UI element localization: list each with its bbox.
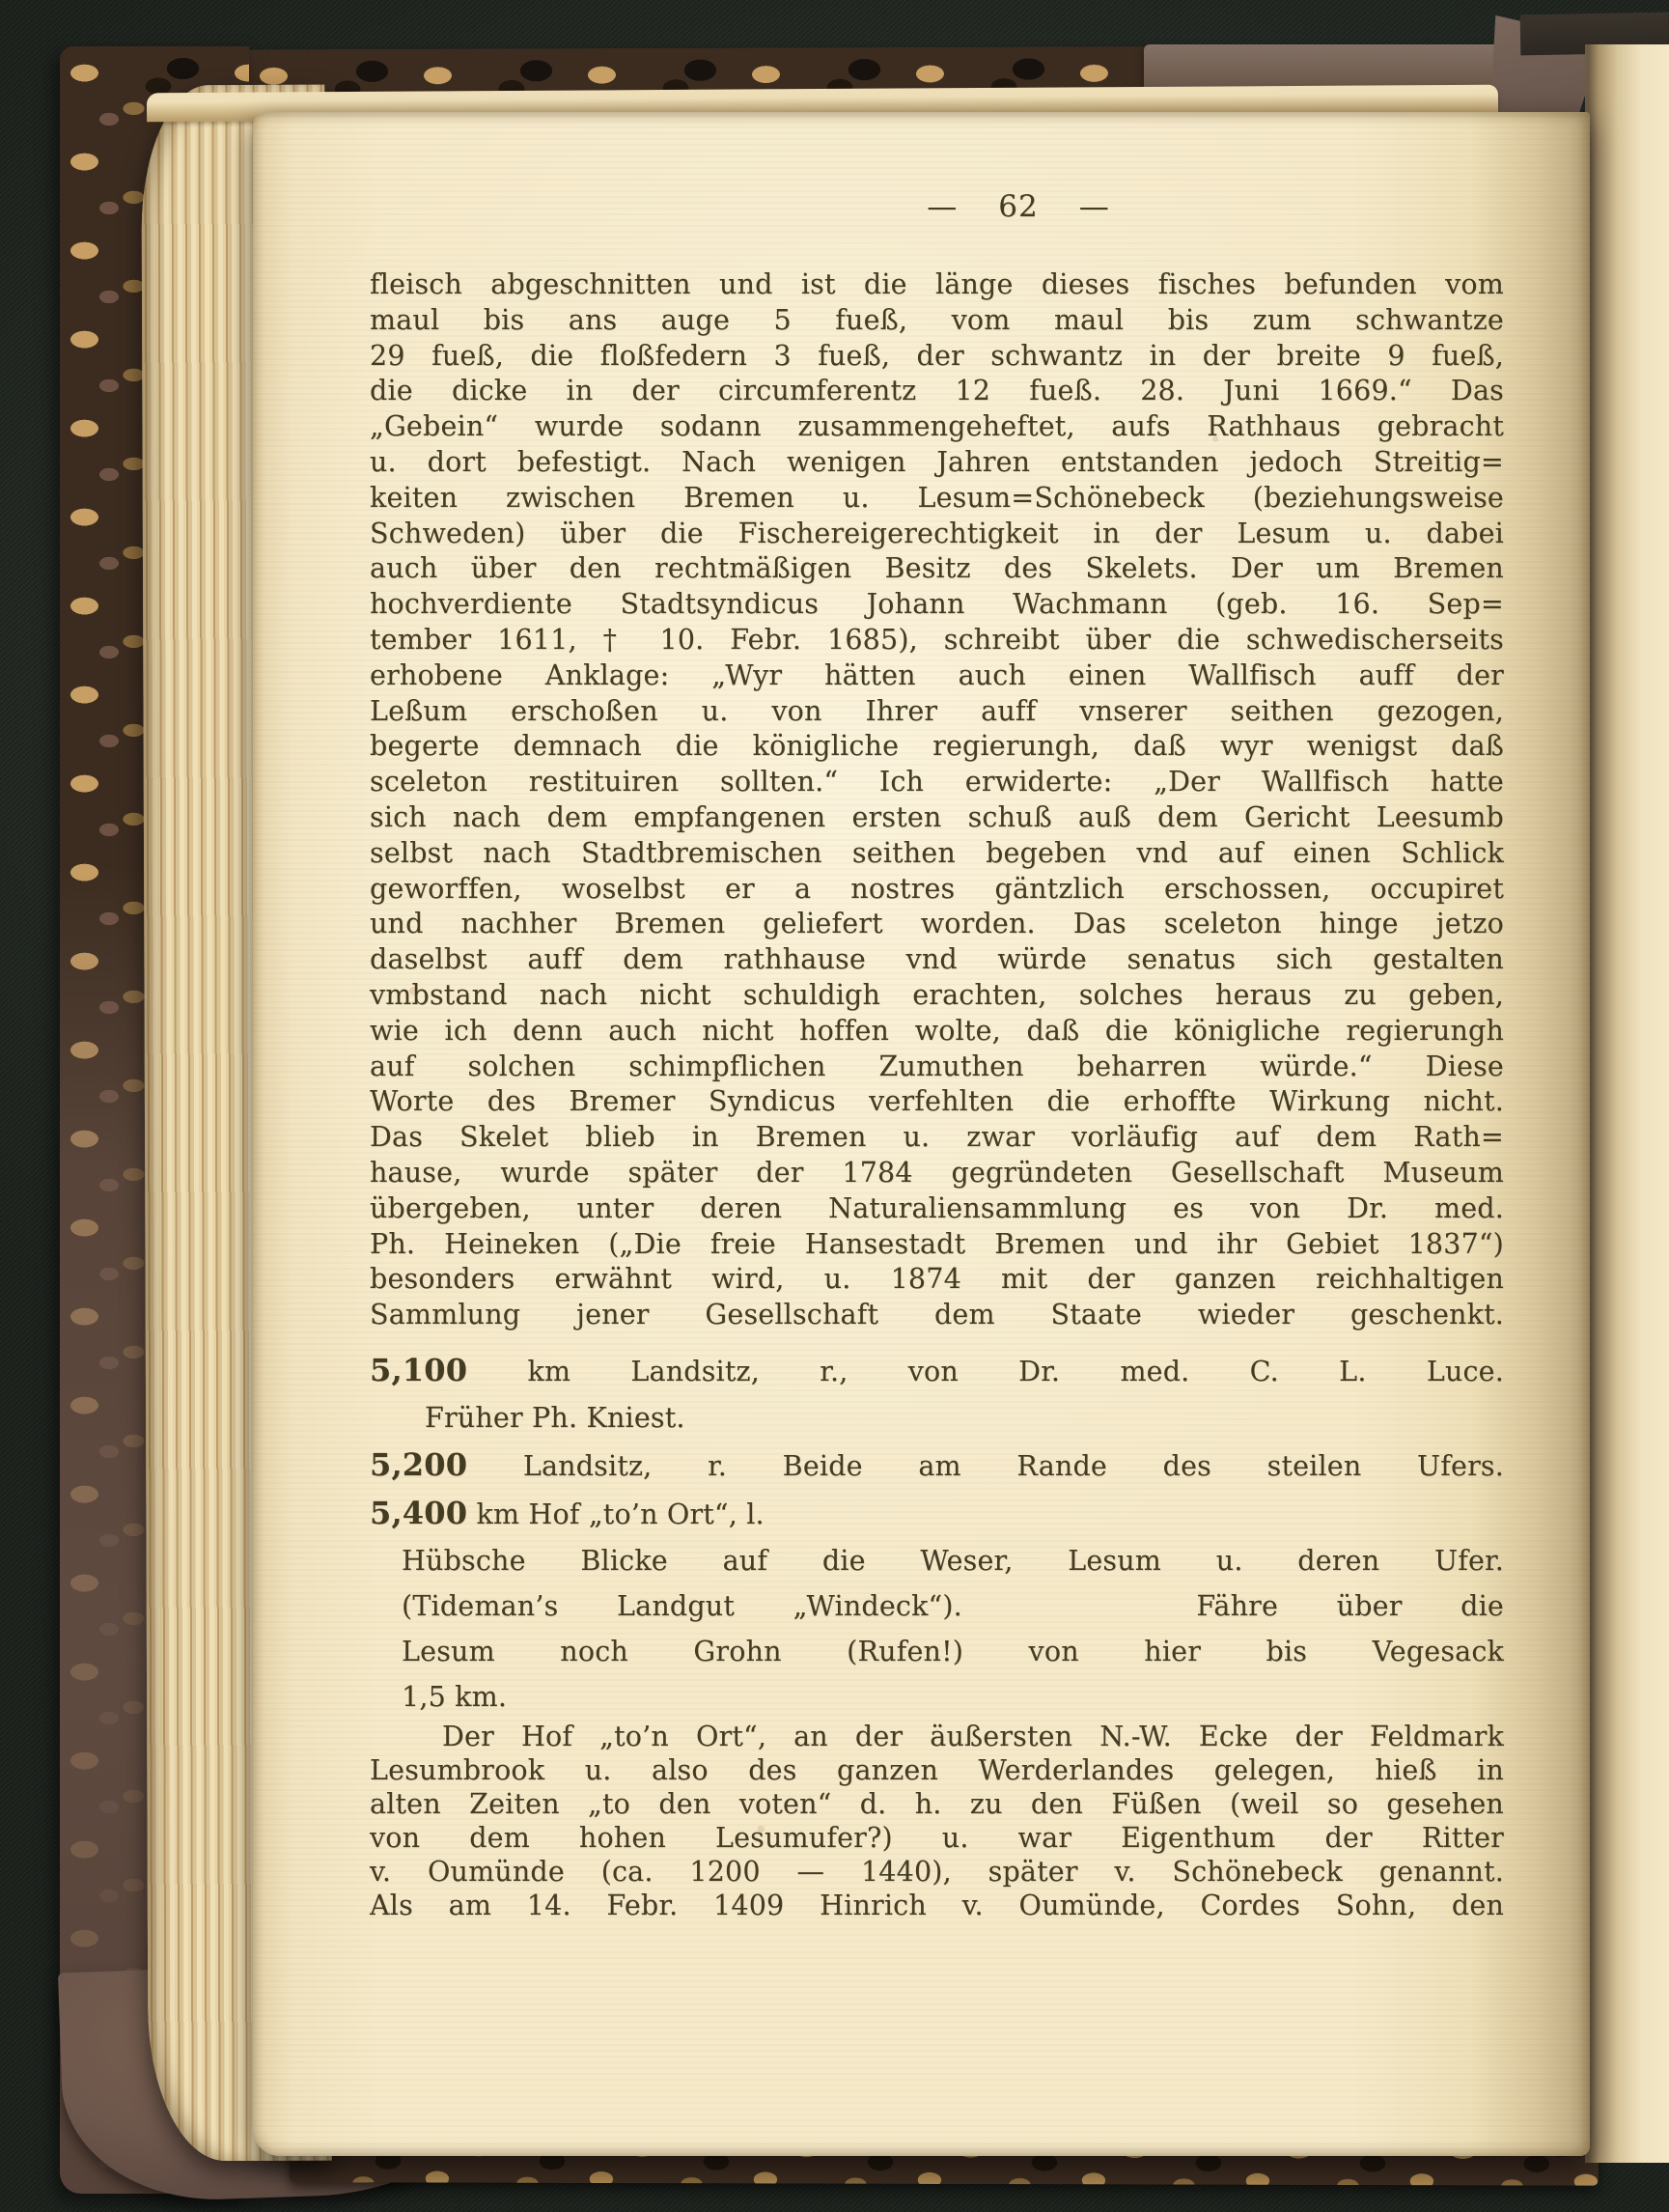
route-entry: 5,200 Landsitz, r. Beide am Rande des st…	[370, 1442, 1504, 1490]
route-entry-distance: 5,200	[370, 1446, 467, 1483]
text-line: alten Zeiten „to den voten“ d. h. zu den…	[370, 1787, 1504, 1821]
text-line: Worte des Bremer Syndicus verfehlten die…	[370, 1084, 1504, 1120]
text-line: besonders erwähnt wird, u. 1874 mit der …	[370, 1262, 1504, 1298]
text-line: Der Hof „to’n Ort“, an der äußersten N.-…	[370, 1720, 1504, 1753]
paragraph-whale-story: fleisch abgeschnitten und ist die länge …	[370, 267, 1504, 1333]
text-line: u. dort befestigt. Nach wenigen Jahren e…	[370, 445, 1504, 481]
scenic-note-block: Hübsche Blicke auf die Weser, Lesum u. d…	[370, 1538, 1504, 1720]
facing-page-sliver	[1585, 44, 1669, 2163]
route-entry-note: Früher Ph. Kniest.	[370, 1395, 1504, 1442]
text-line: auf solchen schimpflichen Zumuthen behar…	[370, 1050, 1504, 1085]
text-line: die dicke in der circumferentz 12 fueß. …	[370, 374, 1504, 409]
text-line: Sammlung jener Gesellschaft dem Staate w…	[370, 1298, 1504, 1333]
text-line: daselbst auff dem rathhause vnd würde se…	[370, 942, 1504, 978]
page-header-folio: — 62 —	[859, 189, 1178, 224]
route-entry-text: Landsitz, r. Beide am Rande des steilen …	[523, 1450, 1504, 1482]
text-line: Das Skelet blieb in Bremen u. zwar vorlä…	[370, 1120, 1504, 1156]
text-line: 29 fueß, die floßfedern 3 fueß, der schw…	[370, 339, 1504, 375]
text-line: und nachher Bremen geliefert worden. Das…	[370, 907, 1504, 942]
text-line: selbst nach Stadtbremischen seithen bege…	[370, 836, 1504, 872]
text-line: Schweden) über die Fischereigerechtigkei…	[370, 517, 1504, 552]
text-line: maul bis ans auge 5 fueß, vom maul bis z…	[370, 303, 1504, 339]
text-line: Leßum erschoßen u. von Ihrer auff vnsere…	[370, 694, 1504, 730]
text-line: Lesumbrook u. also des ganzen Werderland…	[370, 1753, 1504, 1787]
text-line: fleisch abgeschnitten und ist die länge …	[370, 267, 1504, 303]
text-line: sceleton restituiren sollten.“ Ich erwid…	[370, 765, 1504, 800]
page-number: 62	[998, 189, 1038, 224]
text-line: vmbstand nach nicht schuldigh erachten, …	[370, 978, 1504, 1014]
route-entries: 5,100 km Landsitz, r., von Dr. med. C. L…	[370, 1347, 1504, 1538]
text-line: begerte demnach die königliche regierung…	[370, 729, 1504, 765]
text-line: Ph. Heineken („Die freie Hansestadt Brem…	[370, 1227, 1504, 1263]
text-line: Lesum noch Grohn (Rufen!) von hier bis V…	[370, 1629, 1504, 1674]
text-line: Als am 14. Febr. 1409 Hinrich v. Oumünde…	[370, 1889, 1504, 1922]
route-entry-text: km Landsitz, r., von Dr. med. C. L. Luce…	[527, 1356, 1504, 1387]
text-line: hochverdiente Stadtsyndicus Johann Wachm…	[370, 587, 1504, 623]
text-line: v. Oumünde (ca. 1200 — 1440), später v. …	[370, 1855, 1504, 1889]
folio-dash-right: —	[1079, 189, 1110, 224]
route-entry-text: km Hof „to’n Ort“, l.	[476, 1498, 764, 1530]
text-line: wie ich denn auch nicht hoffen wolte, da…	[370, 1014, 1504, 1050]
text-line: auch über den rechtmäßigen Besitz des Sk…	[370, 551, 1504, 587]
text-line: hause, wurde später der 1784 gegründeten…	[370, 1156, 1504, 1191]
route-entry-distance: 5,400	[370, 1495, 467, 1531]
text-line: erhobene Anklage: „Wyr hätten auch einen…	[370, 658, 1504, 694]
text-line: Hübsche Blicke auf die Weser, Lesum u. d…	[370, 1538, 1504, 1583]
text-line: tember 1611, † 10. Febr. 1685), schreibt…	[370, 623, 1504, 658]
book-scan: — 62 — fleisch abgeschnitten und ist die…	[0, 0, 1669, 2212]
folio-dash-left: —	[927, 189, 958, 224]
route-entry: 5,100 km Landsitz, r., von Dr. med. C. L…	[370, 1347, 1504, 1395]
text-line: sich nach dem empfangenen ersten schuß a…	[370, 800, 1504, 836]
text-line: übergeben, unter deren Naturaliensammlun…	[370, 1191, 1504, 1227]
text-line: 1,5 km.	[370, 1674, 1504, 1720]
route-entry: 5,400 km Hof „to’n Ort“, l.	[370, 1490, 1504, 1538]
text-line: geworffen, woselbst er a nostres gäntzli…	[370, 872, 1504, 908]
text-line: von dem hohen Lesumufer?) u. war Eigenth…	[370, 1821, 1504, 1855]
text-line: „Gebein“ wurde sodann zusammengeheftet, …	[370, 409, 1504, 445]
route-entry-distance: 5,100	[370, 1352, 467, 1388]
page-text-block: fleisch abgeschnitten und ist die länge …	[370, 267, 1504, 1922]
paragraph-hof-ton-ort: Der Hof „to’n Ort“, an der äußersten N.-…	[370, 1720, 1504, 1922]
text-line: keiten zwischen Bremen u. Lesum=Schönebe…	[370, 481, 1504, 517]
text-line: (Tideman’s Landgut „Windeck“). Fähre übe…	[370, 1583, 1504, 1629]
